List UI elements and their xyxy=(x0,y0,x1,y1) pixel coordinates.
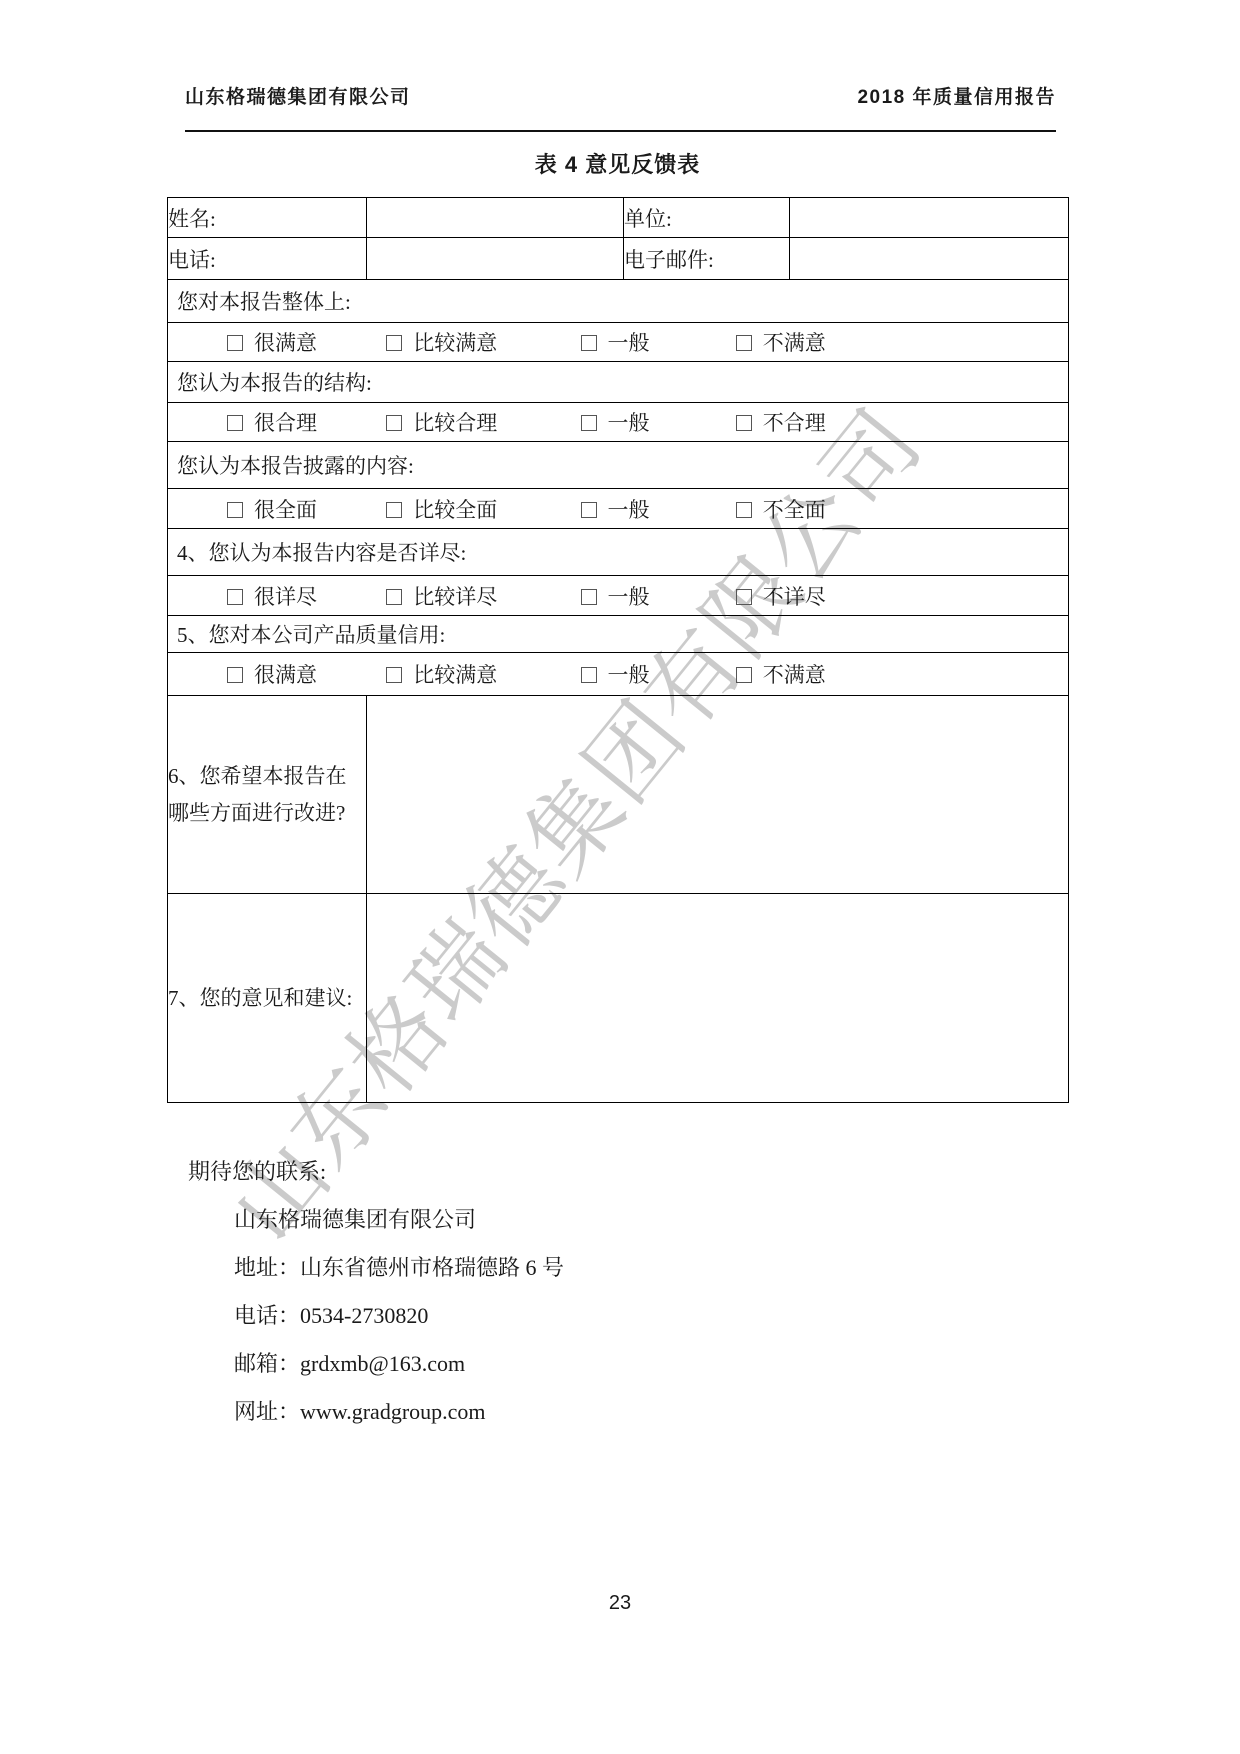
table-row: 6、您希望本报告在哪些方面进行改进? xyxy=(168,696,1069,894)
question-7-label: 7、您的意见和建议: xyxy=(168,894,367,1103)
header-company-name: 山东格瑞德集团有限公司 xyxy=(185,82,411,109)
question-3-label: 您认为本报告披露的内容: xyxy=(168,442,1069,489)
email-label: 电子邮件: xyxy=(624,238,790,280)
question-7-answer-cell[interactable] xyxy=(367,894,1069,1103)
checkbox-icon[interactable] xyxy=(386,502,402,518)
contact-website: 网址：www.gradgroup.com xyxy=(188,1388,564,1436)
option-label: 不详尽 xyxy=(763,585,826,609)
option-label: 很满意 xyxy=(254,663,317,687)
contact-phone: 电话：0534-2730820 xyxy=(188,1292,564,1340)
unit-input-cell[interactable] xyxy=(790,198,1069,238)
table-row: 您认为本报告的结构: xyxy=(168,362,1069,403)
checkbox-icon[interactable] xyxy=(736,335,752,351)
checkbox-icon[interactable] xyxy=(581,502,597,518)
option-label: 比较全面 xyxy=(413,498,497,522)
contact-intro: 期待您的联系: xyxy=(188,1148,564,1196)
question-1-options: 很满意 比较满意 一般 不满意 xyxy=(168,323,1069,362)
phone-label: 电话: xyxy=(168,238,367,280)
checkbox-icon[interactable] xyxy=(736,667,752,683)
table-row: 很合理 比较合理 一般 不合理 xyxy=(168,403,1069,442)
question-5-label: 5、您对本公司产品质量信用: xyxy=(168,616,1069,653)
option-label: 比较满意 xyxy=(413,331,497,355)
checkbox-icon[interactable] xyxy=(386,415,402,431)
unit-label: 单位: xyxy=(624,198,790,238)
option-label: 很详尽 xyxy=(254,585,317,609)
option-label: 不全面 xyxy=(763,498,826,522)
name-input-cell[interactable] xyxy=(367,198,624,238)
checkbox-icon[interactable] xyxy=(736,502,752,518)
checkbox-icon[interactable] xyxy=(227,667,243,683)
checkbox-icon[interactable] xyxy=(736,415,752,431)
option-label: 比较详尽 xyxy=(413,585,497,609)
table-row: 您对本报告整体上: xyxy=(168,280,1069,323)
table-row: 5、您对本公司产品质量信用: xyxy=(168,616,1069,653)
table-row: 电话: 电子邮件: xyxy=(168,238,1069,280)
question-4-label: 4、您认为本报告内容是否详尽: xyxy=(168,529,1069,576)
checkbox-icon[interactable] xyxy=(736,589,752,605)
table-row: 7、您的意见和建议: xyxy=(168,894,1069,1103)
phone-input-cell[interactable] xyxy=(367,238,624,280)
contact-block: 期待您的联系: 山东格瑞德集团有限公司 地址：山东省德州市格瑞德路 6 号 电话… xyxy=(188,1148,564,1436)
question-4-options: 很详尽 比较详尽 一般 不详尽 xyxy=(168,576,1069,616)
question-5-options: 很满意 比较满意 一般 不满意 xyxy=(168,653,1069,696)
option-label: 一般 xyxy=(608,331,650,355)
checkbox-icon[interactable] xyxy=(581,667,597,683)
question-1-label: 您对本报告整体上: xyxy=(168,280,1069,323)
table-row: 您认为本报告披露的内容: xyxy=(168,442,1069,489)
page-header: 山东格瑞德集团有限公司 2018 年质量信用报告 xyxy=(185,82,1056,132)
question-6-answer-cell[interactable] xyxy=(367,696,1069,894)
question-6-label: 6、您希望本报告在哪些方面进行改进? xyxy=(168,696,367,894)
checkbox-icon[interactable] xyxy=(386,589,402,605)
checkbox-icon[interactable] xyxy=(581,415,597,431)
option-label: 很合理 xyxy=(254,411,317,435)
checkbox-icon[interactable] xyxy=(581,335,597,351)
checkbox-icon[interactable] xyxy=(227,589,243,605)
option-label: 一般 xyxy=(608,663,650,687)
table-row: 很满意 比较满意 一般 不满意 xyxy=(168,653,1069,696)
option-label: 一般 xyxy=(608,585,650,609)
option-label: 不满意 xyxy=(763,331,826,355)
name-label: 姓名: xyxy=(168,198,367,238)
contact-company: 山东格瑞德集团有限公司 xyxy=(188,1196,564,1244)
email-input-cell[interactable] xyxy=(790,238,1069,280)
checkbox-icon[interactable] xyxy=(227,335,243,351)
option-label: 一般 xyxy=(608,411,650,435)
table-row: 很全面 比较全面 一般 不全面 xyxy=(168,489,1069,529)
option-label: 比较满意 xyxy=(413,663,497,687)
table-row: 姓名: 单位: xyxy=(168,198,1069,238)
checkbox-icon[interactable] xyxy=(227,502,243,518)
page-number: 23 xyxy=(0,1592,1240,1615)
question-2-options: 很合理 比较合理 一般 不合理 xyxy=(168,403,1069,442)
header-report-title: 2018 年质量信用报告 xyxy=(857,82,1056,109)
option-label: 很满意 xyxy=(254,331,317,355)
checkbox-icon[interactable] xyxy=(386,335,402,351)
table-row: 很满意 比较满意 一般 不满意 xyxy=(168,323,1069,362)
contact-address: 地址：山东省德州市格瑞德路 6 号 xyxy=(188,1244,564,1292)
feedback-form-table: 姓名: 单位: 电话: 电子邮件: 您对本报告整体上: 很满意 比较满意 一般 … xyxy=(167,197,1069,1103)
table-row: 很详尽 比较详尽 一般 不详尽 xyxy=(168,576,1069,616)
option-label: 比较合理 xyxy=(413,411,497,435)
option-label: 不满意 xyxy=(763,663,826,687)
contact-email: 邮箱：grdxmb@163.com xyxy=(188,1340,564,1388)
table-caption: 表 4 意见反馈表 xyxy=(167,148,1068,179)
checkbox-icon[interactable] xyxy=(581,589,597,605)
checkbox-icon[interactable] xyxy=(386,667,402,683)
checkbox-icon[interactable] xyxy=(227,415,243,431)
option-label: 很全面 xyxy=(254,498,317,522)
option-label: 一般 xyxy=(608,498,650,522)
table-row: 4、您认为本报告内容是否详尽: xyxy=(168,529,1069,576)
document-page: 山东格瑞德集团有限公司 山东格瑞德集团有限公司 2018 年质量信用报告 表 4… xyxy=(0,0,1240,1754)
option-label: 不合理 xyxy=(763,411,826,435)
question-3-options: 很全面 比较全面 一般 不全面 xyxy=(168,489,1069,529)
question-2-label: 您认为本报告的结构: xyxy=(168,362,1069,403)
